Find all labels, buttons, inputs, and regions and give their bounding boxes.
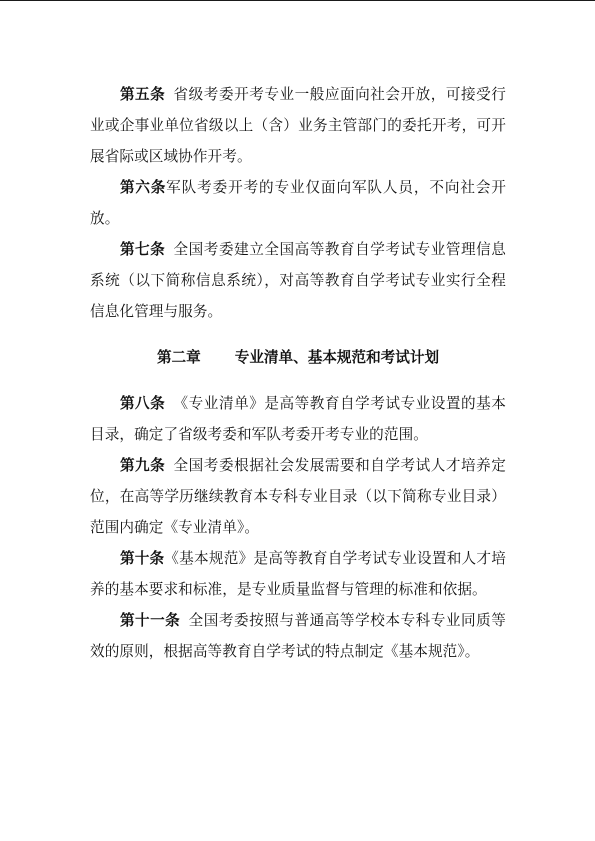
chapter-heading: 第二章专业清单、基本规范和考试计划 [90,342,506,373]
article-label: 第十条 [120,550,164,567]
article-6: 第六条军队考委开考的专业仅面向军队人员，不向社会开放。 [90,172,506,234]
article-label: 第十一条 [120,612,180,629]
article-label: 第六条 [120,179,166,196]
article-label: 第五条 [120,86,165,103]
article-label: 第九条 [120,457,165,474]
article-11: 第十一条全国考委按照与普通高等学校本专科专业同质等效的原则，根据高等教育自学考试… [90,605,506,667]
article-7: 第七条全国考委建立全国高等教育自学考试专业管理信息系统（以下简称信息系统），对高… [90,234,506,327]
article-9: 第九条全国考委根据社会发展需要和自学考试人才培养定位，在高等学历继续教育本专科专… [90,450,506,543]
article-10: 第十条《基本规范》是高等教育自学考试专业设置和人才培养的基本要求和标准，是专业质… [90,543,506,605]
article-label: 第八条 [120,395,165,412]
document-page: 第五条省级考委开考专业一般应面向社会开放，可接受行业或企事业单位省级以上（含）业… [90,79,506,667]
page-top-border [0,0,595,1]
article-8: 第八条《专业清单》是高等教育自学考试专业设置的基本目录，确定了省级考委和军队考委… [90,388,506,450]
chapter-number: 第二章 [157,349,201,366]
chapter-title: 专业清单、基本规范和考试计划 [235,349,439,366]
article-label: 第七条 [120,241,165,258]
article-5: 第五条省级考委开考专业一般应面向社会开放，可接受行业或企事业单位省级以上（含）业… [90,79,506,172]
